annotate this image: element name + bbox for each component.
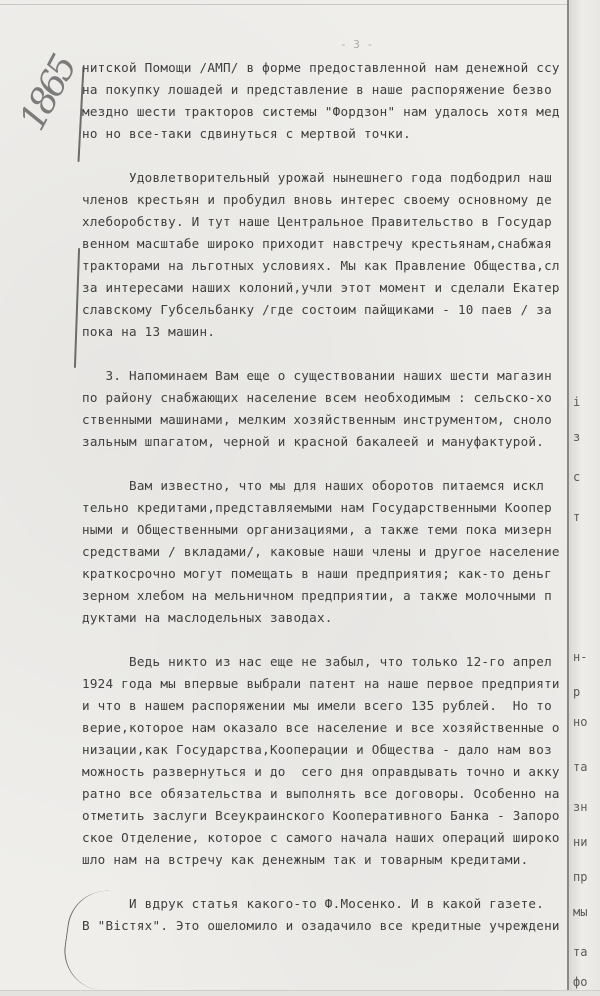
strip-text-fragment: р: [573, 685, 580, 699]
text-line: И вдрук статья какого-то Ф.Мосенко. И в …: [82, 896, 570, 912]
text-line: тракторами на льготных условиях. Мы как …: [82, 258, 570, 274]
strip-text-fragment: з: [573, 430, 580, 444]
text-line: венном масштабе широко приходит навстреч…: [82, 236, 570, 252]
text-line: ными и Общественными организациями, а та…: [82, 522, 570, 538]
text-line: зальным шпагатом, черной и красной бакал…: [82, 434, 570, 450]
strip-text-fragment: мы: [573, 905, 587, 919]
strip-text-fragment: і: [573, 395, 580, 409]
text-line: ратно все обязательства и выполнять все …: [82, 786, 570, 802]
text-line: тельно кредитами,представляемыми нам Гос…: [82, 500, 570, 516]
strip-text-fragment: с: [573, 470, 580, 484]
text-line: зерном хлебом на мельничном предприятии,…: [82, 588, 570, 604]
text-line: мездно шести тракторов системы "Фордзон"…: [82, 104, 570, 120]
text-line: краткосрочно могут помещать в наши предп…: [82, 566, 570, 582]
strip-text-fragment: но: [573, 715, 587, 729]
text-line: членов крестьян и пробудил вновь интерес…: [82, 192, 570, 208]
strip-text-fragment: пр: [573, 870, 587, 884]
text-line: на покупку лошадей и представление в наш…: [82, 82, 570, 98]
text-line: можность развернуться и до сего дня опра…: [82, 764, 570, 780]
adjacent-page-strip: ізстн-рнотазннипрмытафо: [567, 0, 600, 996]
text-line: ское Отделение, которое с самого начала …: [82, 830, 570, 846]
text-line: Ведь никто из нас еще не забыл, что толь…: [82, 654, 570, 670]
text-line: Вам известно, что мы для наших оборотов …: [82, 478, 570, 494]
strip-text-fragment: т: [573, 510, 580, 524]
page-top-edge: [0, 4, 567, 5]
text-line: низации,как Государства,Кооперации и Общ…: [82, 742, 570, 758]
text-line: средствами / вкладами/, каковые наши чле…: [82, 544, 570, 560]
page-number-mark: - 3 -: [340, 38, 373, 51]
text-line: Удовлетворительный урожай нынешнего года…: [82, 170, 570, 186]
strip-text-fragment: ни: [573, 835, 587, 849]
text-line: и что в нашем распоряжении мы имели всег…: [82, 698, 570, 714]
strip-text-fragment: н-: [573, 650, 587, 664]
strip-text-fragment: та: [573, 760, 587, 774]
text-line: за интересами наших колоний,учли этот мо…: [82, 280, 570, 296]
text-line: хлеборобству. И тут наше Центральное Пра…: [82, 214, 570, 230]
strip-text-fragment: зн: [573, 800, 587, 814]
text-line: верие,которое нам оказало все население …: [82, 720, 570, 736]
text-line: славскому Губсельбанку /где состоим пайщ…: [82, 302, 570, 318]
text-line: 3. Напоминаем Вам еще о существовании на…: [82, 368, 570, 384]
page-bottom-edge: [0, 990, 600, 996]
text-line: отметить заслуги Всеукраинского Кооперат…: [82, 808, 570, 824]
text-line: по району снабжающих население всем необ…: [82, 390, 570, 406]
text-line: но но все-таки сдвинуться с мертвой точк…: [82, 126, 570, 142]
document-page: [0, 0, 567, 996]
text-line: нитской Помощи /АМП/ в форме предоставле…: [82, 60, 570, 76]
text-line: дуктами на маслодельных заводах.: [82, 610, 570, 626]
text-line: шло нам на встречу как денежным так и то…: [82, 852, 570, 868]
strip-text-fragment: та: [573, 945, 587, 959]
text-line: ственными машинами, мелким хозяйственным…: [82, 412, 570, 428]
text-line: 1924 года мы впервые выбрали патент на н…: [82, 676, 570, 692]
strip-text-fragment: фо: [573, 975, 587, 989]
text-line: В "Вістях". Это ошеломило и озадачило вс…: [82, 918, 570, 934]
text-line: пока на 13 машин.: [82, 324, 570, 340]
